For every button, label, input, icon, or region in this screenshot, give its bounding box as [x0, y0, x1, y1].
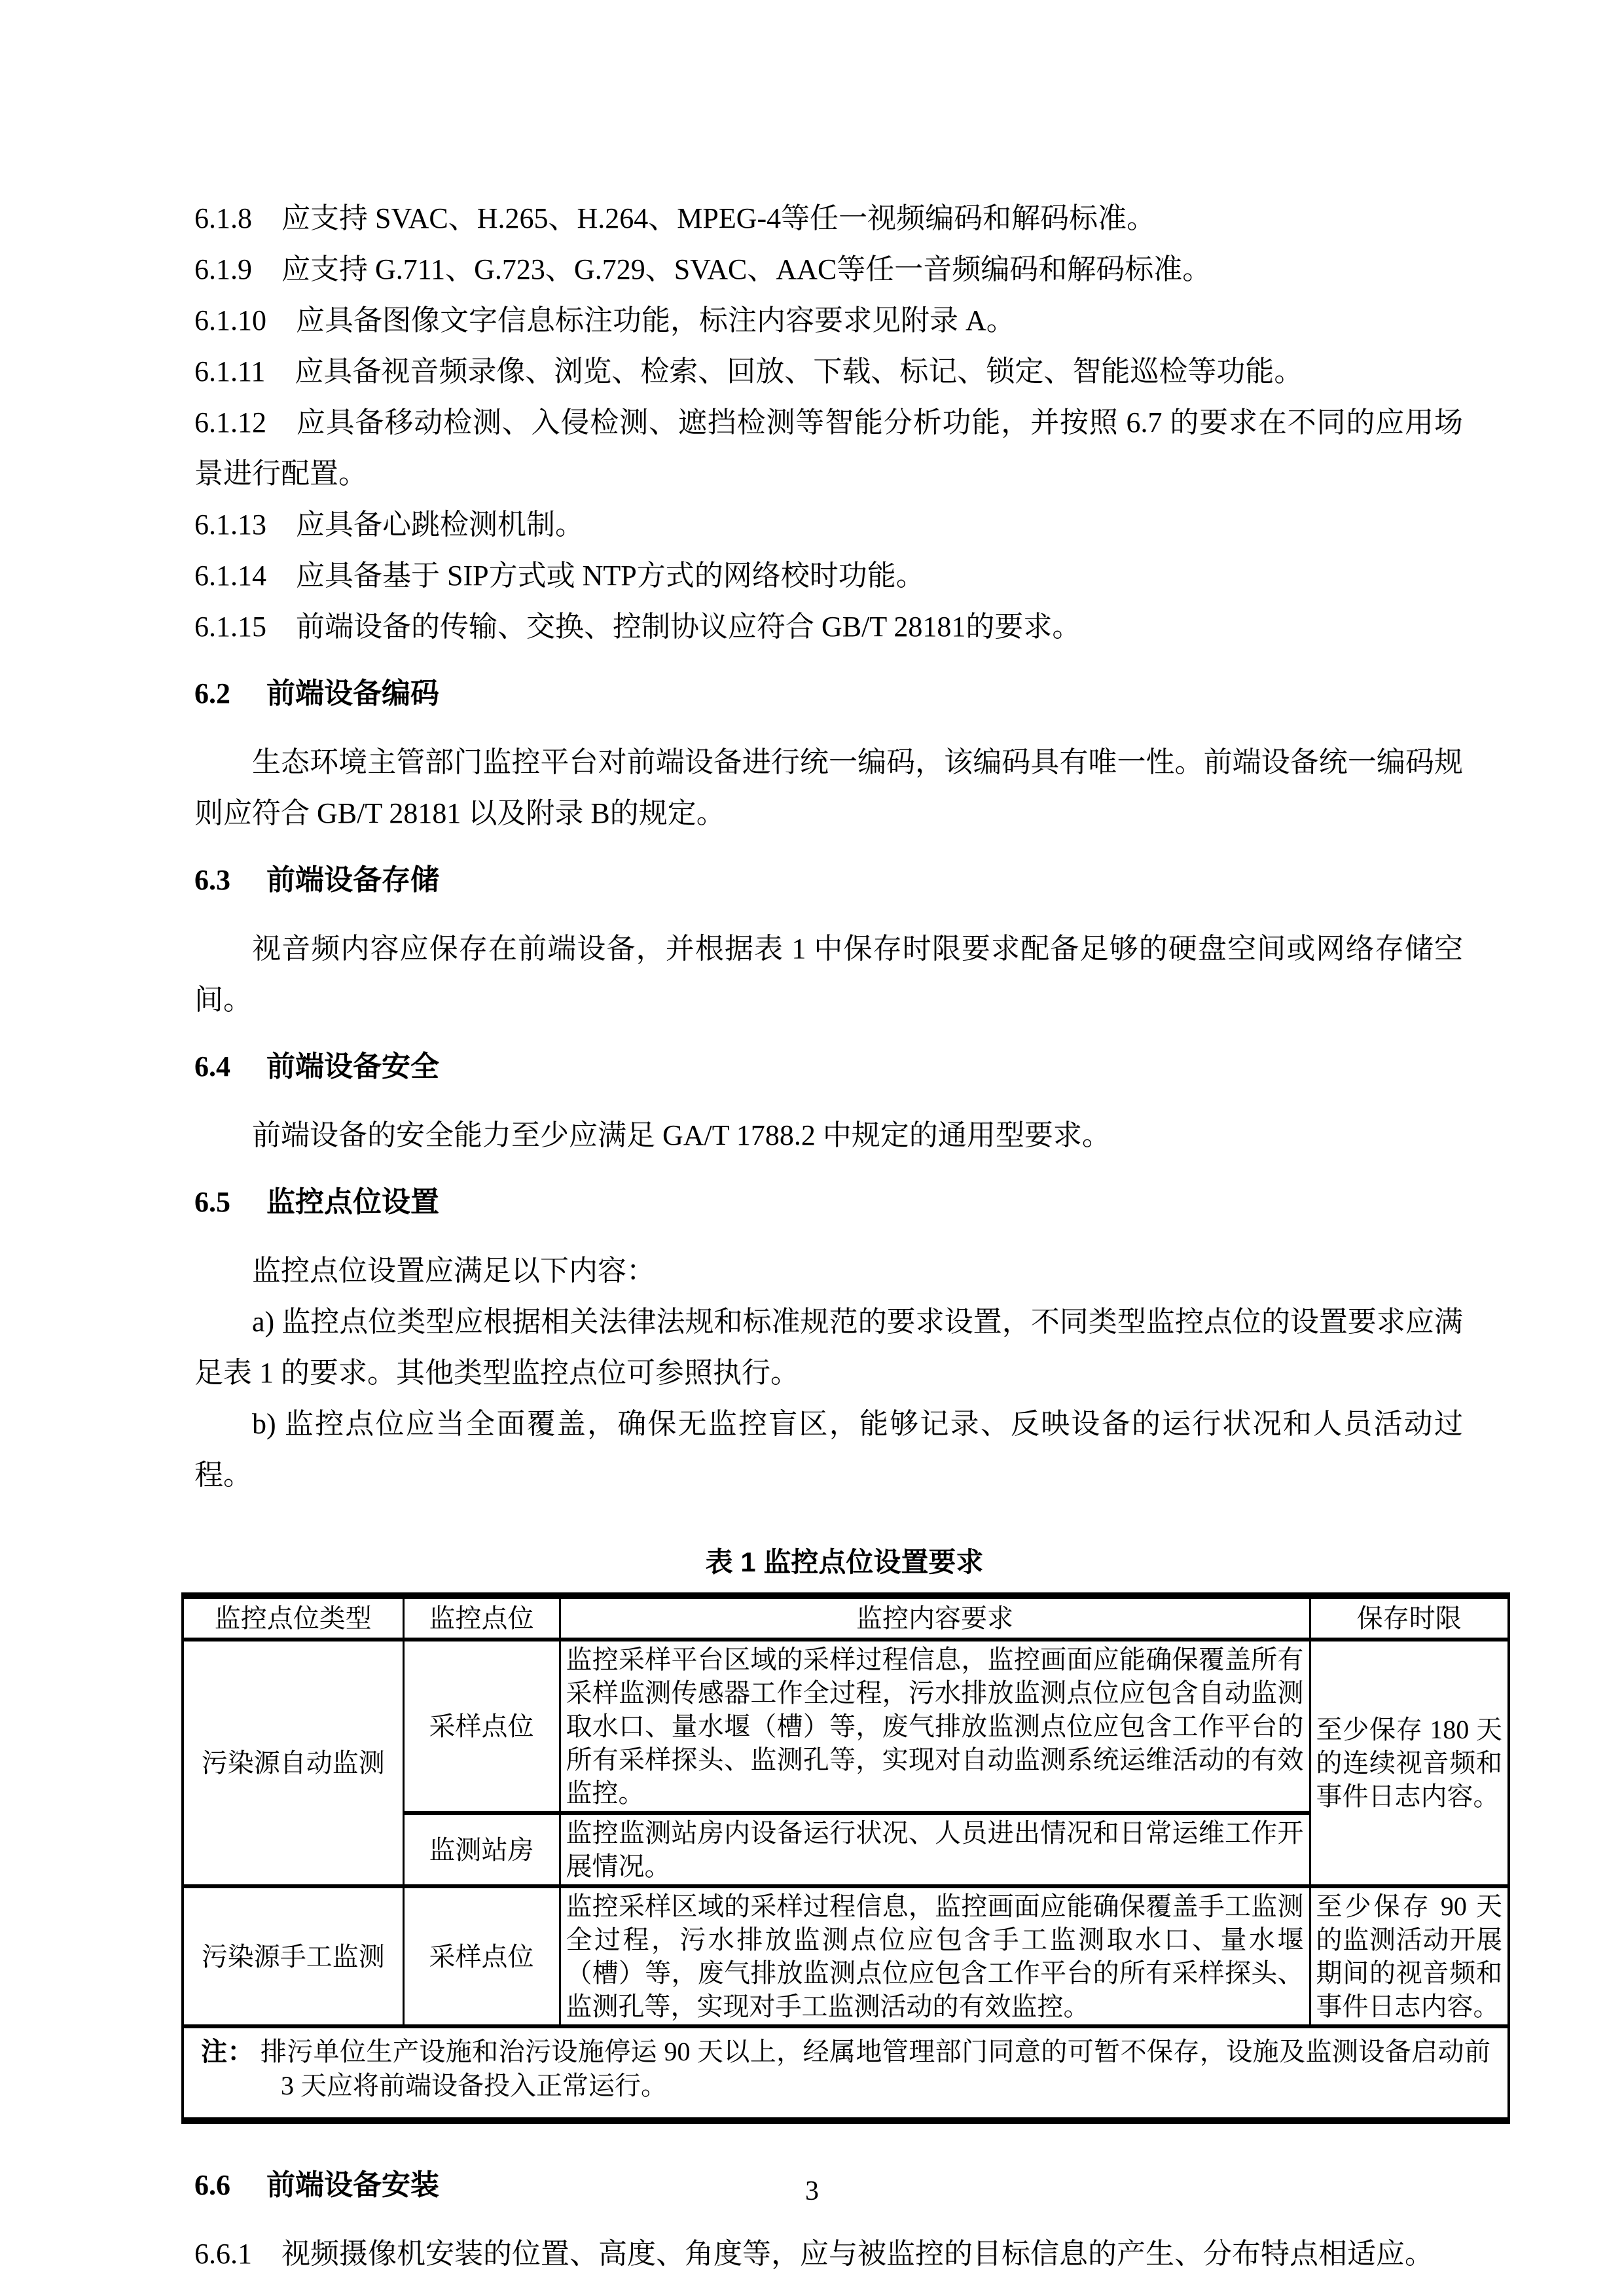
clause-number: 6.1.13 — [194, 509, 266, 541]
table-row-auto-sampling: 污染源自动监测 采样点位 监控采样平台区域的采样过程信息，监控画面应能确保覆盖所… — [183, 1640, 1509, 1813]
clause-text: 应支持 G.711、G.723、G.729、SVAC、AAC等任一音频编码和解码… — [281, 253, 1211, 285]
clause-6-1-14: 6.1.14应具备基于 SIP方式或 NTP方式的网络校时功能。 — [194, 550, 1463, 601]
clause-6-1-15: 6.1.15前端设备的传输、交换、控制协议应符合 GB/T 28181的要求。 — [194, 601, 1463, 653]
section-number: 6.4 — [194, 1050, 230, 1083]
section-heading-6-2: 6.2前端设备编码 — [194, 668, 1463, 719]
clause-number: 6.1.8 — [194, 202, 252, 234]
clause-text: 应支持 SVAC、H.265、H.264、MPEG-4等任一视频编码和解码标准。 — [281, 202, 1155, 234]
clause-6-1-11: 6.1.11应具备视音频录像、浏览、检索、回放、下载、标记、锁定、智能巡检等功能… — [194, 346, 1463, 397]
list-item-a: a) 监控点位类型应根据相关法律法规和标准规范的要求设置，不同类型监控点位的设置… — [194, 1297, 1463, 1399]
section-6-3-paragraph: 视音频内容应保存在前端设备，并根据表 1 中保存时限要求配备足够的硬盘空间或网络… — [194, 924, 1463, 1026]
table-row-manual-sampling: 污染源手工监测 采样点位 监控采样区域的采样过程信息，监控画面应能确保覆盖手工监… — [183, 1886, 1509, 2026]
header-cell-content-requirement: 监控内容要求 — [560, 1596, 1310, 1640]
clause-number: 6.1.12 — [194, 406, 266, 439]
header-cell-point-type: 监控点位类型 — [183, 1596, 403, 1640]
section-heading-6-4: 6.4前端设备安全 — [194, 1041, 1463, 1092]
document-page: 6.1.8应支持 SVAC、H.265、H.264、MPEG-4等任一视频编码和… — [0, 0, 1624, 2296]
clause-text: 前端设备的传输、交换、控制协议应符合 GB/T 28181的要求。 — [296, 611, 1081, 643]
clause-number: 6.1.9 — [194, 253, 252, 285]
section-6-5-paragraph: 监控点位设置应满足以下内容： — [194, 1246, 1463, 1297]
clause-text: 应具备基于 SIP方式或 NTP方式的网络校时功能。 — [296, 560, 925, 592]
header-cell-point: 监控点位 — [403, 1596, 560, 1640]
section-title: 前端设备编码 — [266, 677, 439, 709]
clause-number: 6.1.15 — [194, 611, 266, 643]
clause-6-1-10: 6.1.10应具备图像文字信息标注功能，标注内容要求见附录 A。 — [194, 295, 1463, 346]
cell-retention-auto: 至少保存 180 天的连续视音频和事件日志内容。 — [1310, 1640, 1509, 1886]
list-item-b: b) 监控点位应当全面覆盖，确保无监控盲区，能够记录、反映设备的运行状况和人员活… — [194, 1399, 1463, 1501]
clause-6-1-13: 6.1.13应具备心跳检测机制。 — [194, 499, 1463, 550]
table-header-row: 监控点位类型 监控点位 监控内容要求 保存时限 — [183, 1596, 1509, 1640]
clause-number: 6.1.10 — [194, 304, 266, 336]
table-note-row: 注：排污单位生产设施和治污设施停运 90 天以上，经属地管理部门同意的可暂不保存… — [183, 2026, 1509, 2121]
clause-text: 应具备视音频录像、浏览、检索、回放、下载、标记、锁定、智能巡检等功能。 — [295, 355, 1303, 387]
clause-text: 应具备心跳检测机制。 — [296, 509, 584, 541]
section-heading-6-5: 6.5监控点位设置 — [194, 1177, 1463, 1228]
clause-6-1-8: 6.1.8应支持 SVAC、H.265、H.264、MPEG-4等任一视频编码和… — [194, 193, 1463, 244]
section-title: 监控点位设置 — [266, 1186, 439, 1218]
monitoring-points-table: 监控点位类型 监控点位 监控内容要求 保存时限 污染源自动监测 采样点位 监控采… — [181, 1592, 1510, 2124]
clause-6-1-9: 6.1.9应支持 G.711、G.723、G.729、SVAC、AAC等任一音频… — [194, 244, 1463, 295]
section-number: 6.2 — [194, 677, 230, 709]
clause-text: 视频摄像机安装的位置、高度、角度等，应与被监控的目标信息的产生、分布特点相适应。 — [281, 2238, 1434, 2270]
cell-point-sampling-manual: 采样点位 — [403, 1886, 560, 2026]
note-text: 排污单位生产设施和治污设施停运 90 天以上，经属地管理部门同意的可暂不保存，设… — [261, 2037, 1490, 2100]
cell-point-station-room: 监测站房 — [403, 1813, 560, 1886]
clause-6-6-1: 6.6.1视频摄像机安装的位置、高度、角度等，应与被监控的目标信息的产生、分布特… — [194, 2229, 1463, 2280]
cell-content-sampling-auto: 监控采样平台区域的采样过程信息，监控画面应能确保覆盖所有采样监测传感器工作全过程… — [560, 1640, 1310, 1813]
clause-number: 6.1.11 — [194, 355, 265, 387]
table-note: 注：排污单位生产设施和治污设施停运 90 天以上，经属地管理部门同意的可暂不保存… — [201, 2035, 1490, 2103]
clause-number: 6.1.14 — [194, 560, 266, 592]
table-note-cell: 注：排污单位生产设施和治污设施停运 90 天以上，经属地管理部门同意的可暂不保存… — [183, 2026, 1509, 2121]
section-title: 前端设备安全 — [266, 1050, 439, 1083]
cell-point-sampling-auto: 采样点位 — [403, 1640, 560, 1813]
clause-text: 应具备图像文字信息标注功能，标注内容要求见附录 A。 — [296, 304, 1015, 336]
section-number: 6.5 — [194, 1186, 230, 1218]
section-number: 6.3 — [194, 864, 230, 896]
clause-text: 应具备移动检测、入侵检测、遮挡检测等智能分析功能，并按照 6.7 的要求在不同的… — [194, 406, 1463, 490]
clause-6-1-12: 6.1.12应具备移动检测、入侵检测、遮挡检测等智能分析功能，并按照 6.7 的… — [194, 397, 1463, 499]
section-title: 前端设备存储 — [266, 864, 439, 896]
note-label: 注： — [201, 2037, 254, 2066]
table-1-title: 表 1 监控点位设置要求 — [181, 1543, 1507, 1582]
clause-number: 6.6.1 — [194, 2238, 252, 2270]
section-6-4-paragraph: 前端设备的安全能力至少应满足 GA/T 1788.2 中规定的通用型要求。 — [194, 1110, 1463, 1161]
page-number: 3 — [0, 2175, 1624, 2208]
cell-retention-manual: 至少保存 90 天的监测活动开展期间的视音频和事件日志内容。 — [1310, 1886, 1509, 2026]
cell-type-auto-monitoring: 污染源自动监测 — [183, 1640, 403, 1886]
cell-content-sampling-manual: 监控采样区域的采样过程信息，监控画面应能确保覆盖手工监测全过程，污水排放监测点位… — [560, 1886, 1310, 2026]
document-body: 6.1.8应支持 SVAC、H.265、H.264、MPEG-4等任一视频编码和… — [0, 0, 1624, 2280]
section-heading-6-3: 6.3前端设备存储 — [194, 855, 1463, 906]
cell-type-manual-monitoring: 污染源手工监测 — [183, 1886, 403, 2026]
section-6-2-paragraph: 生态环境主管部门监控平台对前端设备进行统一编码，该编码具有唯一性。前端设备统一编… — [194, 737, 1463, 839]
cell-content-station-room: 监控监测站房内设备运行状况、人员进出情况和日常运维工作开展情况。 — [560, 1813, 1310, 1886]
header-cell-retention: 保存时限 — [1310, 1596, 1509, 1640]
